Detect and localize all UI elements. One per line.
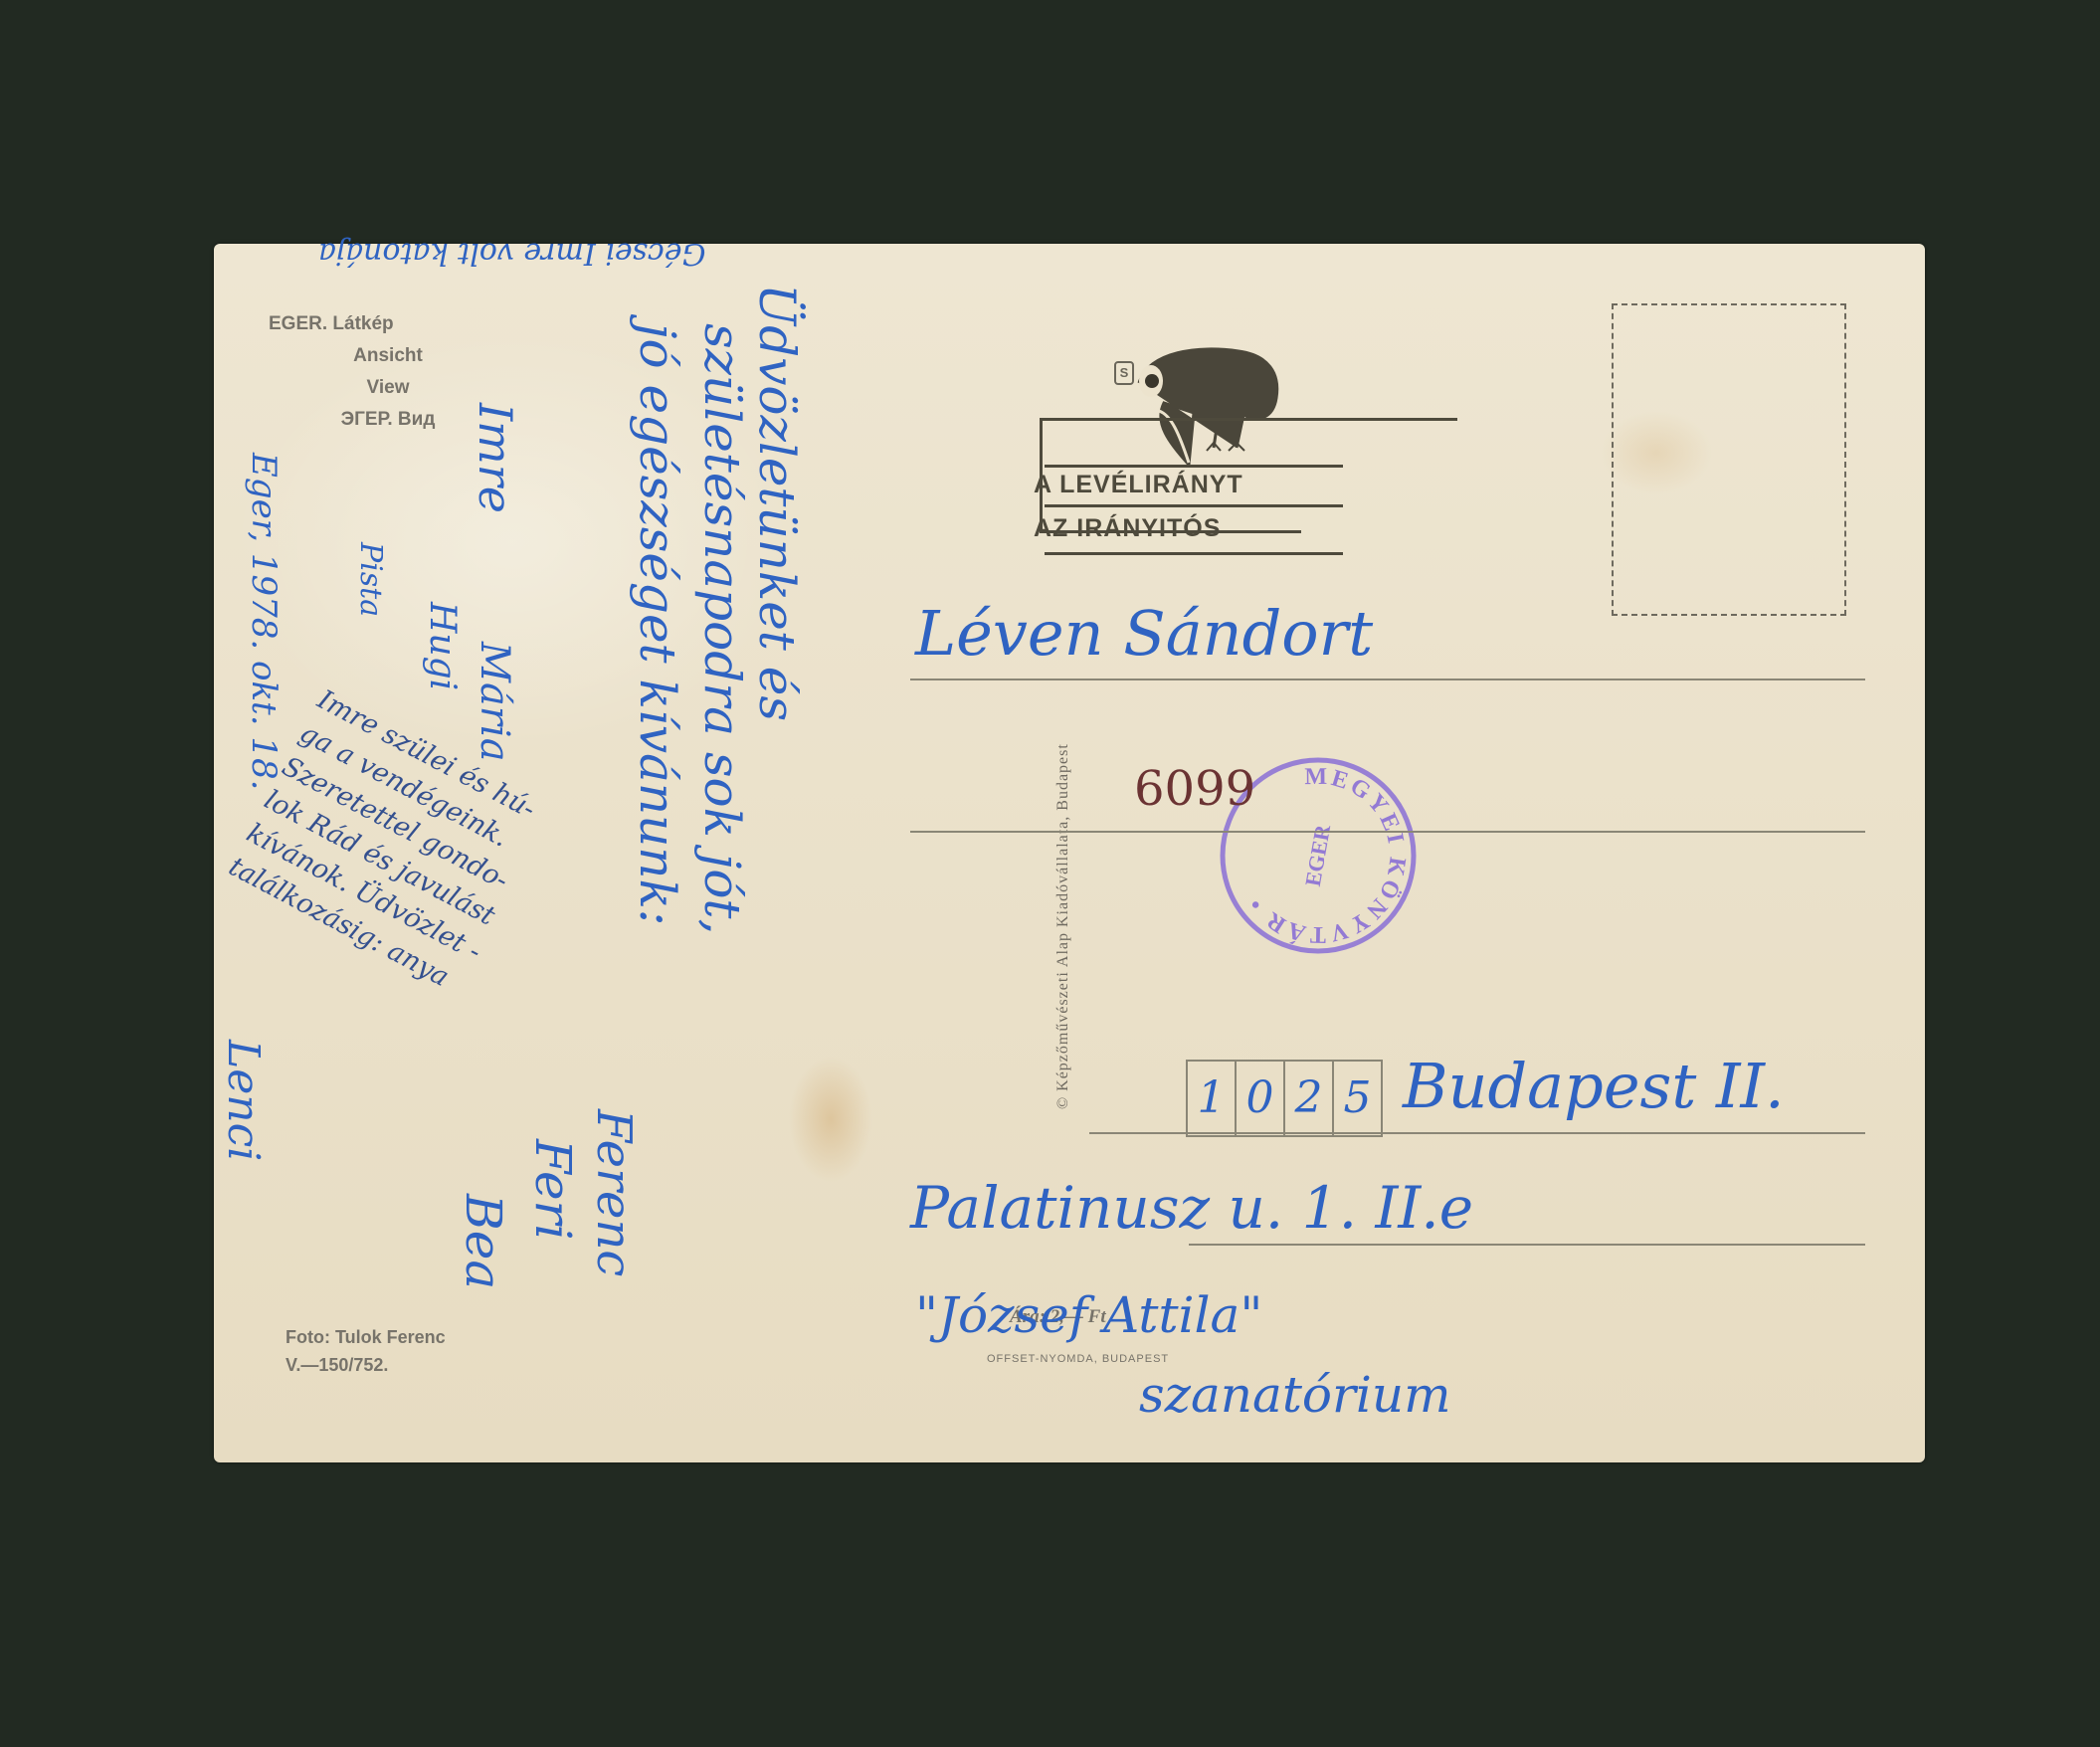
postmark-line [1045, 552, 1343, 555]
photo-credit-block: Foto: Tulok Ferenc V.—150/752. [286, 1323, 446, 1379]
message-date: Eger, 1978. okt. 18. [244, 453, 284, 790]
address-street: Palatinusz u. 1. II.e [910, 1174, 1473, 1242]
message-signature-lenci: Lenci [218, 1040, 269, 1161]
postcard: EGER. Látkép Ansicht View ЭГЕР. Вид Foto… [214, 244, 1925, 1462]
caption-line-hungarian: EGER. Látkép [269, 308, 507, 340]
postal-code-digit: 1 [1188, 1062, 1237, 1135]
postmark-slogan-line1: A LEVÉLIRÁNYT [1034, 471, 1243, 499]
stamp-placeholder [1612, 303, 1846, 616]
postmark-line [1159, 418, 1457, 421]
postal-code-digit: 0 [1237, 1062, 1285, 1135]
postal-code-digit: 5 [1334, 1062, 1381, 1135]
catalog-number: V.—150/752. [286, 1351, 446, 1379]
message-signature-feri: Feri [524, 1139, 582, 1240]
publisher-label: © Képzőművészeti Alap Kiadóvállalata, Bu… [1054, 743, 1072, 1109]
message-column-3: jó egészséget kívánunk: [629, 323, 686, 926]
caption-line-german: Ansicht [269, 340, 507, 372]
address-city: Budapest II. [1403, 1050, 1785, 1122]
postmark-line [1045, 504, 1343, 507]
caption-line-english: View [269, 372, 507, 404]
message-signature-ferenc: Ferenc [586, 1109, 642, 1276]
postal-code-boxes: 1 0 2 5 [1186, 1060, 1383, 1137]
recipient-name: Léven Sándort [915, 597, 1373, 670]
photo-credit: Foto: Tulok Ferenc [286, 1323, 446, 1351]
address-line-4 [1189, 1244, 1865, 1246]
postmark-slogan-line2: AZ IRÁNYITÓS [1034, 514, 1221, 543]
message-top-note: Gécsei Imre volt katonája [318, 236, 706, 271]
message-signature-maria: Mária [472, 642, 517, 762]
message-signature-bea: Bea [455, 1194, 512, 1289]
address-institution-type: szanatórium [1139, 1366, 1451, 1424]
postal-code-digit: 2 [1285, 1062, 1334, 1135]
address-institution: "József Attila" [915, 1286, 1262, 1344]
address-line-2 [910, 831, 1865, 833]
address-line-1 [910, 679, 1865, 680]
message-signature-imre: Imre [469, 403, 522, 513]
message-signature-pista: Pista [353, 542, 388, 617]
message-signature-hugi: Hugi [422, 602, 463, 690]
message-column-1: Üdvözletünket és [748, 284, 806, 721]
printer-label: OFFSET-NYOMDA, BUDAPEST [987, 1353, 1169, 1365]
postmark-line [1045, 465, 1343, 468]
reference-number: 6099 [1134, 761, 1255, 817]
message-column-2: születésnapodra sok jót, [693, 323, 751, 934]
